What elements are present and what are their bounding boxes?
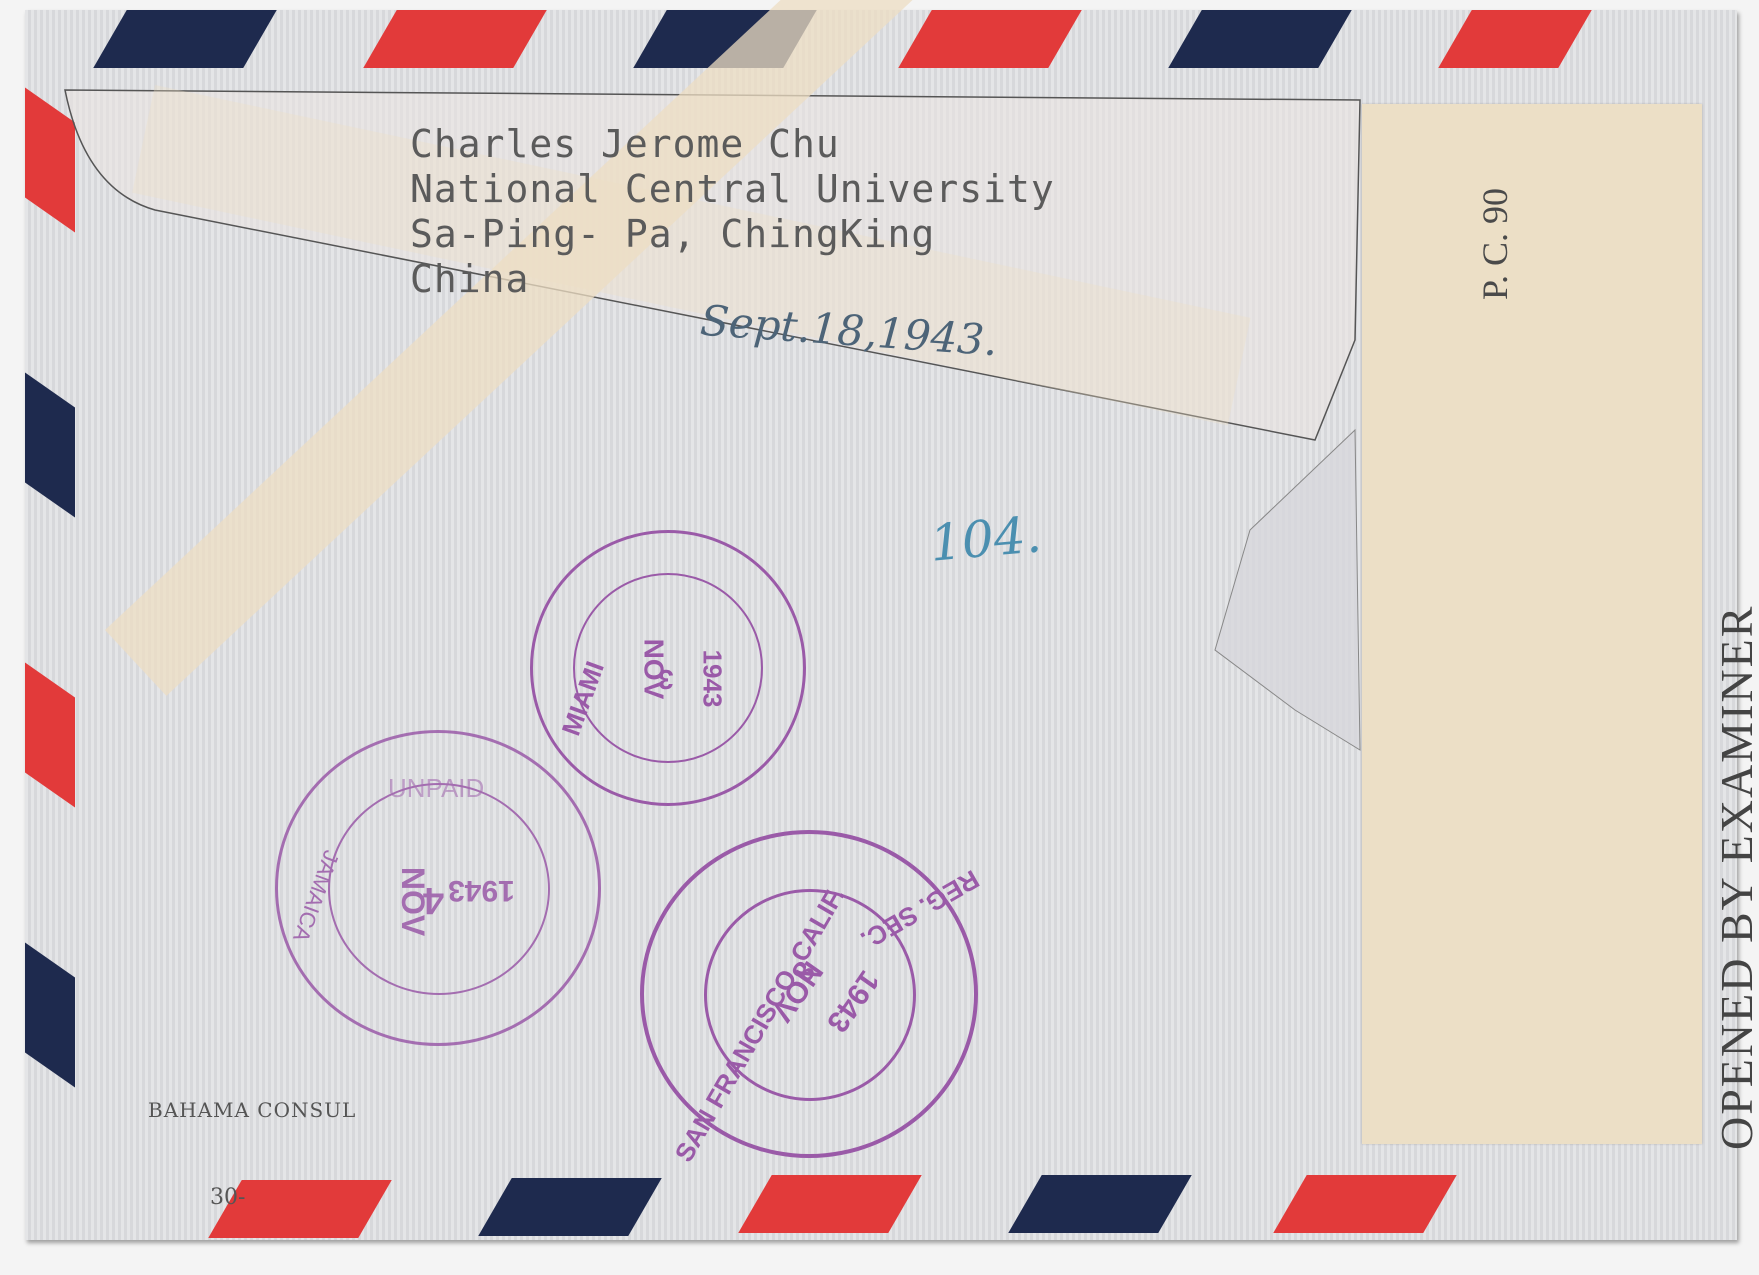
return-address-line: China <box>410 257 1055 302</box>
jamaica-postmark: NOV 4 1943 JAMAICA UNPAID <box>275 730 601 1046</box>
handwritten-note: BAHAMA CONSUL <box>148 1098 356 1122</box>
postmark-year: 1943 <box>696 650 727 708</box>
handwritten-number: 104. <box>928 505 1044 572</box>
censor-text: OPENED BY EXAMINER <box>1710 605 1759 1150</box>
censor-label <box>1362 104 1702 1144</box>
return-address-line: Sa-Ping- Pa, ChingKing <box>410 212 1055 257</box>
return-address-line: National Central University <box>410 167 1055 212</box>
miami-postmark: NOV 3 1943 MIAMI <box>530 530 806 806</box>
san-francisco-postmark: NOV 8 1943 SAN FRANCISCO, CALIF. REG. SE… <box>640 830 978 1158</box>
postmark-year: 1943 <box>448 873 515 907</box>
postmark-day: 3 <box>658 663 674 695</box>
censor-code: P. C. 90 <box>1474 188 1516 300</box>
postmark-day: 4 <box>423 878 444 921</box>
return-address: Charles Jerome ChuNational Central Unive… <box>410 122 1055 302</box>
return-address-line: Charles Jerome Chu <box>410 122 1055 167</box>
handwritten-price: 30- <box>210 1185 245 1210</box>
postmark-extra: UNPAID <box>388 773 484 804</box>
